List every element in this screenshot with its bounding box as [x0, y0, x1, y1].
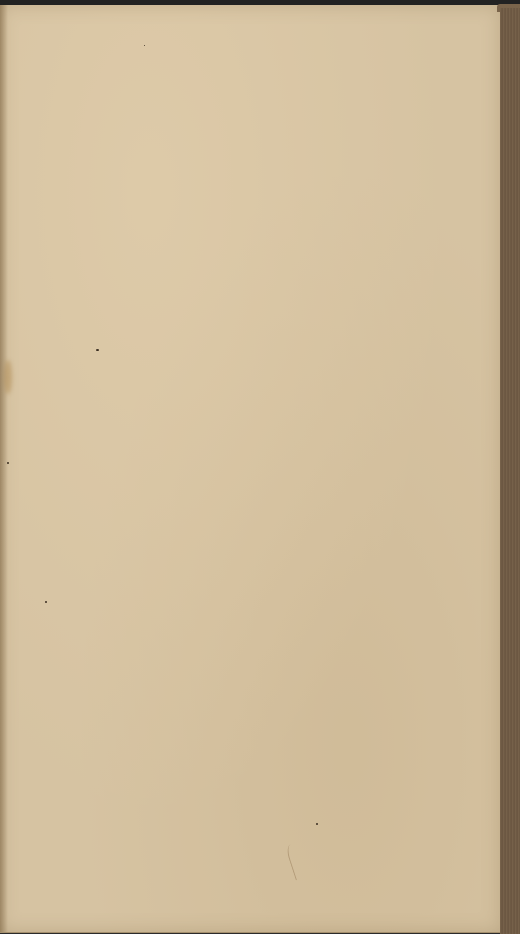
paper-speck — [144, 45, 145, 46]
gutter-shadow — [0, 5, 8, 932]
paper-speck — [45, 601, 47, 603]
paper-speck — [7, 462, 9, 464]
paper-speck — [316, 823, 318, 825]
paper-speck — [96, 349, 99, 351]
scanned-page-view — [0, 0, 520, 934]
blank-book-page — [0, 5, 500, 933]
paper-fiber-mark — [285, 842, 310, 881]
paper-stain — [4, 360, 12, 394]
book-fore-edge — [500, 8, 520, 934]
